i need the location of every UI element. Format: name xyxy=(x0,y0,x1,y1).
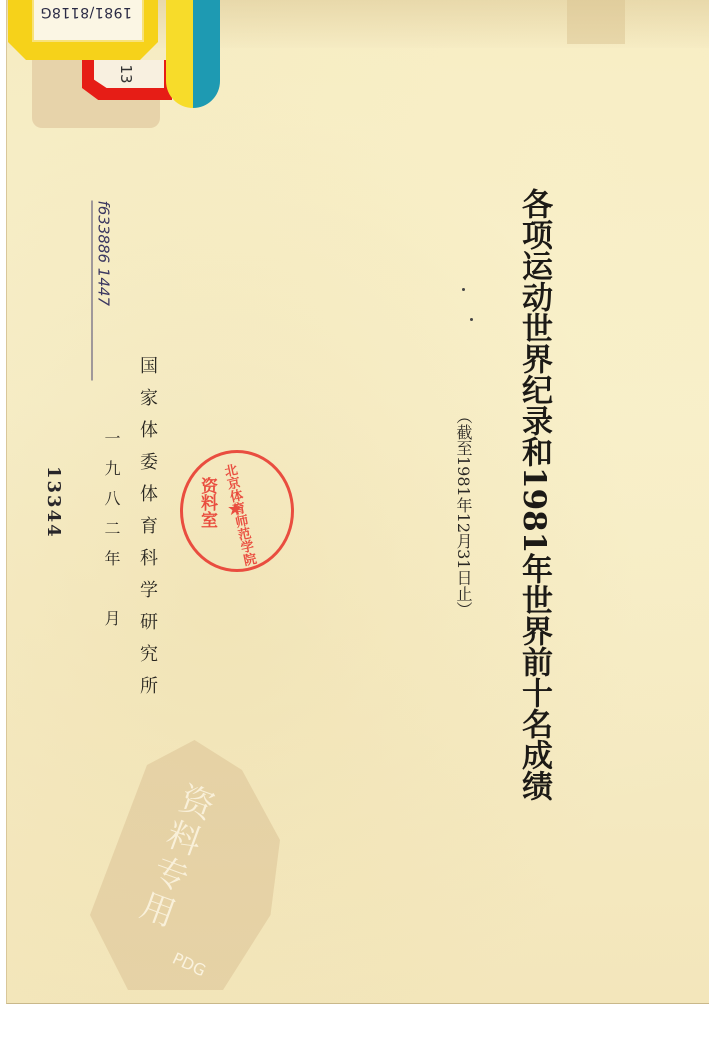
star-icon: ★ xyxy=(227,499,243,520)
publisher: 国家体委体育科学研究所 xyxy=(134,356,160,708)
stamp-department: 资料室 xyxy=(195,477,220,528)
speck xyxy=(470,318,473,321)
library-stamp: 北京体育师范学院 ★ 资料室 xyxy=(180,450,294,572)
handwritten-note: f633886 1447 xyxy=(92,201,113,381)
publication-date: 一九八二年 月 xyxy=(100,430,123,640)
subtitle-year: 1981 xyxy=(454,456,473,497)
subtitle-day: 31 xyxy=(454,549,473,569)
title-part-b: 年世界前十名成绩 xyxy=(516,553,552,801)
subtitle-year-char: 年 xyxy=(454,497,473,513)
subtitle-close: 日止） xyxy=(454,569,473,617)
subtitle-open: （截至 xyxy=(454,408,473,456)
library-label-number: 13 xyxy=(111,59,135,89)
speck xyxy=(462,288,465,291)
title-year: 1981 xyxy=(516,467,552,553)
library-color-stripe xyxy=(166,0,220,108)
subtitle-month-char: 月 xyxy=(454,533,473,549)
subtitle-month: 12 xyxy=(454,513,473,533)
document-subtitle: （截至1981年12月31日止） xyxy=(452,408,478,617)
library-call-number: 1981/8118G xyxy=(38,2,134,20)
document-title: 各项运动世界纪录和1981年世界前十名成绩 xyxy=(512,188,562,801)
catalog-number: 13344 xyxy=(42,466,64,536)
tape-residue xyxy=(567,0,625,44)
title-part-a: 各项运动世界纪录和 xyxy=(516,188,552,467)
